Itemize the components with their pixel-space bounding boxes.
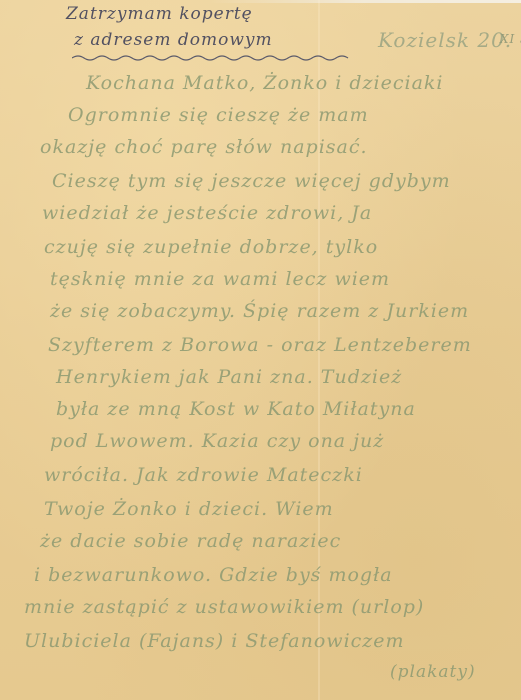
letter-line: wiedział że jesteście zdrowi, Ja (42, 202, 372, 224)
letter-line: Twoje Żonko i dzieci. Wiem (44, 498, 334, 520)
letter-line: Cieszę tym się jeszcze więcej gdybym (52, 170, 451, 192)
letter-line: mnie zastąpić z ustawowikiem (urlop) (24, 596, 424, 618)
letter-line: Henrykiem jak Pani zna. Tudzież (56, 366, 402, 388)
header-note-line-1: Zatrzymam kopertę (66, 4, 253, 24)
date-suffix: XI 39 (500, 32, 521, 46)
letter-line: pod Lwowem. Kazia czy ona już (50, 430, 384, 452)
page-edge (0, 0, 521, 3)
letter-line: że dacie sobie radę naraziec (40, 530, 341, 552)
letter-line: i bezwarunkowo. Gdzie byś mogła (34, 564, 393, 586)
letter-line: czuję się zupełnie dobrze, tylko (44, 236, 378, 258)
letter-line: tęsknię mnie za wami lecz wiem (50, 268, 390, 290)
letter-line: Szyfterem z Borowa - oraz Lentzeberem (48, 334, 472, 356)
wavy-underline (72, 54, 354, 62)
letter-line: okazję choć parę słów napisać. (40, 136, 368, 158)
place-date: Kozielsk 20. (378, 28, 512, 52)
letter-line: Ogromnie się cieszę że mam (68, 104, 369, 126)
header-note-line-2: z adresem domowym (74, 30, 273, 50)
letter-page: Zatrzymam kopertę z adresem domowym Kozi… (0, 0, 521, 700)
letter-line: była ze mną Kost w Kato Miłatyna (56, 398, 416, 420)
letter-line: że się zobaczymy. Śpię razem z Jurkiem (50, 300, 469, 322)
letter-line: wróciła. Jak zdrowie Mateczki (44, 464, 363, 486)
greeting-line: Kochana Matko, Żonko i dzieciaki (86, 72, 444, 94)
letter-line: (plakaty) (390, 662, 476, 682)
letter-line: Ulubiciela (Fajans) i Stefanowiczem (24, 630, 405, 652)
